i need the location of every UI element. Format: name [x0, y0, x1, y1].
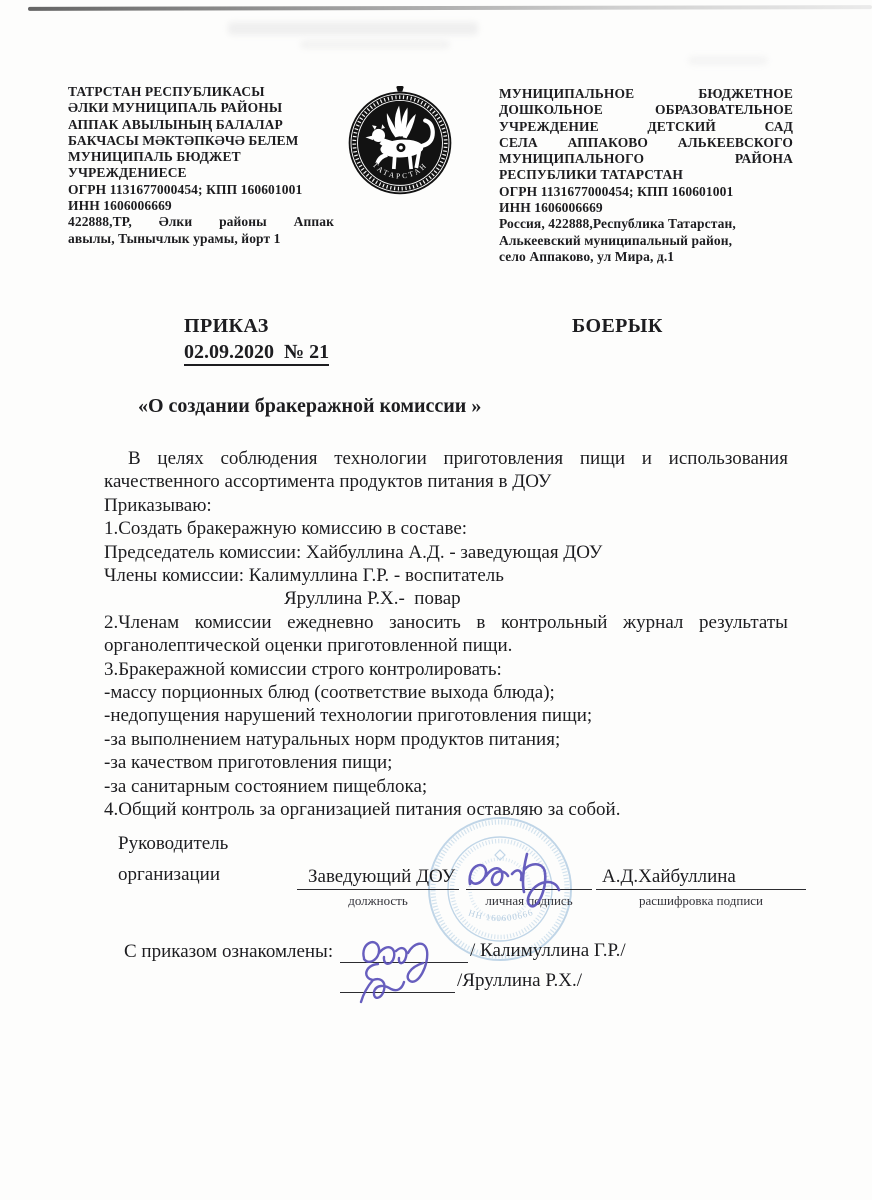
- text-line: Председатель комиссии: Хайбуллина А.Д. -…: [104, 541, 788, 564]
- text-line: 422888,ТР,ӘлкирайоныАппак: [68, 214, 334, 230]
- text-line: УЧРЕЖДЕНИЕСЕ: [68, 165, 334, 181]
- text-line: авылы, Тынычлык урамы, йорт 1: [68, 231, 334, 247]
- text-line: Алькеевский муниципальный район,: [499, 233, 793, 249]
- order-date-number: 02.09.2020 № 21: [184, 341, 329, 366]
- text-line: МУНИЦИПАЛЬНОЕБЮДЖЕТНОЕ: [499, 86, 793, 102]
- text-line: -недопущения нарушений технологии пригот…: [104, 704, 788, 727]
- text-line: ОГРН 1131677000454; КПП 160601001: [499, 184, 793, 200]
- text-line: качественного ассортимента продуктов пит…: [104, 470, 788, 493]
- text-line: ТАТРСТАН РЕСПУБЛИКАСЫ: [68, 84, 334, 100]
- text-line: 1.Создать бракеражную комиссию в составе…: [104, 517, 788, 540]
- text-line: -за санитарным состоянием пищеблока;: [104, 775, 788, 798]
- text-line: -массу порционных блюд (соответствие вых…: [104, 681, 788, 704]
- scan-bleed-smudge: [228, 22, 478, 35]
- scan-bleed-smudge: [300, 40, 450, 49]
- text-line: РЕСПУБЛИКИ ТАТАРСТАН: [499, 167, 793, 183]
- order-subject: «О создании бракеражной комиссии »: [138, 395, 481, 418]
- tatarstan-coat-of-arms-icon: ТАТАРСТАН: [344, 86, 456, 198]
- text-line: МУНИЦИПАЛЬ БЮДЖЕТ: [68, 149, 334, 165]
- name-caption: расшифровка подписи: [596, 893, 806, 909]
- text-line: ИНН 1606006669: [499, 200, 793, 216]
- ack-name-2: /Яруллина Р.Х./: [457, 970, 582, 992]
- position-underline: [297, 868, 459, 890]
- text-line: АППАК АВЫЛЫНЫҢ БАЛАЛАР: [68, 117, 334, 133]
- text-line: 3.Бракеражной комиссии строго контролиро…: [104, 658, 788, 681]
- handwritten-signature-head: [458, 838, 610, 912]
- handwritten-signature-2: [346, 956, 440, 1010]
- text-line: ИНН 1606006669: [68, 198, 334, 214]
- text-line: МУНИЦИПАЛЬНОГОРАЙОНА: [499, 151, 793, 167]
- scan-bleed-smudge: [688, 56, 768, 65]
- scanned-order-document: ТАТРСТАН РЕСПУБЛИКАСЫӘЛКИ МУНИЦИПАЛЬ РАЙ…: [0, 0, 872, 1200]
- text-line: Россия, 422888,Республика Татарстан,: [499, 216, 793, 232]
- signatory-role-line2: организации: [118, 864, 220, 886]
- acknowledgement-label: С приказом ознакомлены:: [124, 941, 333, 963]
- text-line: Вцеляхсоблюдениятехнологииприготовленияп…: [104, 447, 788, 470]
- text-line: 2.Членамкомиссииежедневнозаноситьвконтро…: [104, 611, 788, 634]
- text-line: Члены комиссии: Калимуллина Г.Р. - воспи…: [104, 564, 788, 587]
- text-line: Приказываю:: [104, 494, 788, 517]
- text-line: Яруллина Р.Х.- повар: [104, 587, 788, 610]
- text-line: БАКЧАСЫ МӘКТӘПКӘЧӘ БЕЛЕМ: [68, 133, 334, 149]
- text-line: ДОШКОЛЬНОЕОБРАЗОВАТЕЛЬНОЕ: [499, 102, 793, 118]
- text-line: -за выполнением натуральных норм продукт…: [104, 728, 788, 751]
- letterhead-russian: МУНИЦИПАЛЬНОЕБЮДЖЕТНОЕДОШКОЛЬНОЕОБРАЗОВА…: [499, 86, 793, 265]
- text-line: СЕЛААППАКОВОАЛЬКЕЕВСКОГО: [499, 135, 793, 151]
- text-line: село Аппаково, ул Мира, д.1: [499, 249, 793, 265]
- position-caption: должность: [297, 893, 459, 909]
- text-line: УЧРЕЖДЕНИЕДЕТСКИЙСАД: [499, 119, 793, 135]
- order-title-tatar: БОЕРЫК: [572, 315, 663, 338]
- text-line: -за качеством приготовления пищи;: [104, 751, 788, 774]
- ack-name-1: / Калимуллина Г.Р./: [470, 940, 626, 962]
- text-line: органолептической оценки приготовленной …: [104, 634, 788, 657]
- order-body-text: Вцеляхсоблюдениятехнологииприготовленияп…: [104, 447, 788, 822]
- text-line: ОГРН 1131677000454; КПП 160601001: [68, 182, 334, 198]
- order-title-ru: ПРИКАЗ: [184, 315, 269, 338]
- scan-edge-line: [28, 5, 872, 11]
- signatory-role-line1: Руководитель: [118, 833, 228, 855]
- text-line: ӘЛКИ МУНИЦИПАЛЬ РАЙОНЫ: [68, 100, 334, 116]
- name-underline: [596, 868, 806, 890]
- letterhead-tatar: ТАТРСТАН РЕСПУБЛИКАСЫӘЛКИ МУНИЦИПАЛЬ РАЙ…: [68, 84, 334, 247]
